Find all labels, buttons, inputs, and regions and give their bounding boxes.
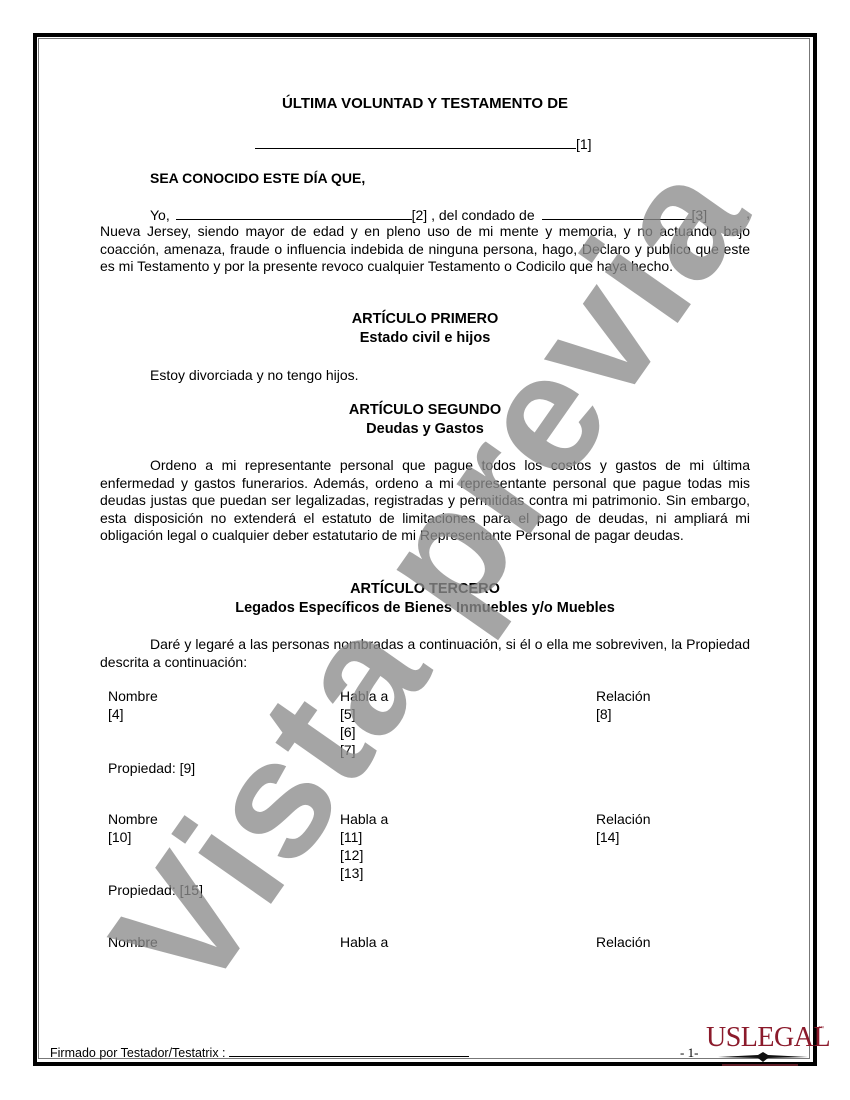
logo-trademark: ™ xyxy=(818,1026,824,1032)
title-blank-field: [1] xyxy=(255,134,598,154)
col-relation-label: Relación xyxy=(596,688,650,706)
testator-name-blank[interactable] xyxy=(255,134,576,149)
col-address-label: Habla a xyxy=(340,811,388,829)
signed-by-label: Firmado por Testador/Testatrix : xyxy=(50,1046,226,1060)
bequest-name-field[interactable]: [4] xyxy=(108,706,124,724)
col-address-label: Habla a xyxy=(340,688,388,706)
document-title: ÚLTIMA VOLUNTAD Y TESTAMENTO DE xyxy=(100,95,750,113)
article-1-heading: ARTÍCULO PRIMERO xyxy=(100,310,750,329)
logo-text: USLEGAL xyxy=(706,1024,822,1052)
bequest-name-field[interactable]: [10] xyxy=(108,829,131,847)
intro-suffix: , xyxy=(746,205,750,223)
article-1-text: Estoy divorciada y no tengo hijos. xyxy=(150,367,359,385)
bequest-address-line-2[interactable]: [12] xyxy=(340,847,363,865)
bequest-address-line-3[interactable]: [7] xyxy=(340,742,356,760)
intro-prefix: Yo, xyxy=(150,207,170,223)
ref-county: [3] xyxy=(692,207,708,223)
property-field[interactable]: [15] xyxy=(180,882,203,898)
intro-line-1: Yo, [2] , del condado de [3] , xyxy=(150,205,750,225)
page-border-inner xyxy=(38,38,810,1059)
bequest-relation-field[interactable]: [14] xyxy=(596,829,619,847)
col-address-label: Habla a xyxy=(340,934,388,952)
bequest-address-line-2[interactable]: [6] xyxy=(340,724,356,742)
bequest-address-line-1[interactable]: [5] xyxy=(340,706,356,724)
col-name-label: Nombre xyxy=(108,934,158,952)
bequest-relation-field[interactable]: [8] xyxy=(596,706,612,724)
signature-line: Firmado por Testador/Testatrix : xyxy=(50,1045,469,1060)
property-field[interactable]: [9] xyxy=(180,760,196,776)
logo-tagline xyxy=(722,1064,798,1066)
bequest-property: Propiedad: [9] xyxy=(108,760,195,778)
col-name-label: Nombre xyxy=(108,811,158,829)
col-relation-label: Relación xyxy=(596,811,650,829)
eagle-wing-icon xyxy=(718,1052,808,1062)
signature-blank[interactable] xyxy=(229,1045,469,1057)
bequest-address-line-3[interactable]: [13] xyxy=(340,865,363,883)
name-blank[interactable] xyxy=(176,205,412,220)
page-number: - 1- xyxy=(680,1045,698,1061)
bequest-property: Propiedad: [15] xyxy=(108,882,203,900)
uslegal-logo[interactable]: USLEGAL ™ xyxy=(706,1024,822,1070)
article-1-subheading: Estado civil e hijos xyxy=(100,329,750,348)
article-2-heading: ARTÍCULO SEGUNDO xyxy=(100,401,750,420)
article-2-text: Ordeno a mi representante personal que p… xyxy=(100,457,750,545)
property-label: Propiedad: xyxy=(108,882,176,898)
col-relation-label: Relación xyxy=(596,934,650,952)
col-name-label: Nombre xyxy=(108,688,158,706)
article-3-text: Daré y legaré a las personas nombradas a… xyxy=(100,636,750,671)
ref-name: [2] xyxy=(412,207,428,223)
article-3-heading: ARTÍCULO TERCERO xyxy=(100,580,750,599)
county-text: , del condado de xyxy=(431,207,535,223)
article-3-subheading: Legados Específicos de Bienes Inmuebles … xyxy=(100,599,750,618)
county-blank[interactable] xyxy=(542,205,692,220)
article-2-subheading: Deudas y Gastos xyxy=(100,420,750,439)
property-label: Propiedad: xyxy=(108,760,176,776)
opening-line: SEA CONOCIDO ESTE DÍA QUE, xyxy=(150,170,365,188)
intro-body: Nueva Jersey, siendo mayor de edad y en … xyxy=(100,223,750,276)
title-blank-ref: [1] xyxy=(576,136,592,152)
bequest-address-line-1[interactable]: [11] xyxy=(340,829,362,847)
